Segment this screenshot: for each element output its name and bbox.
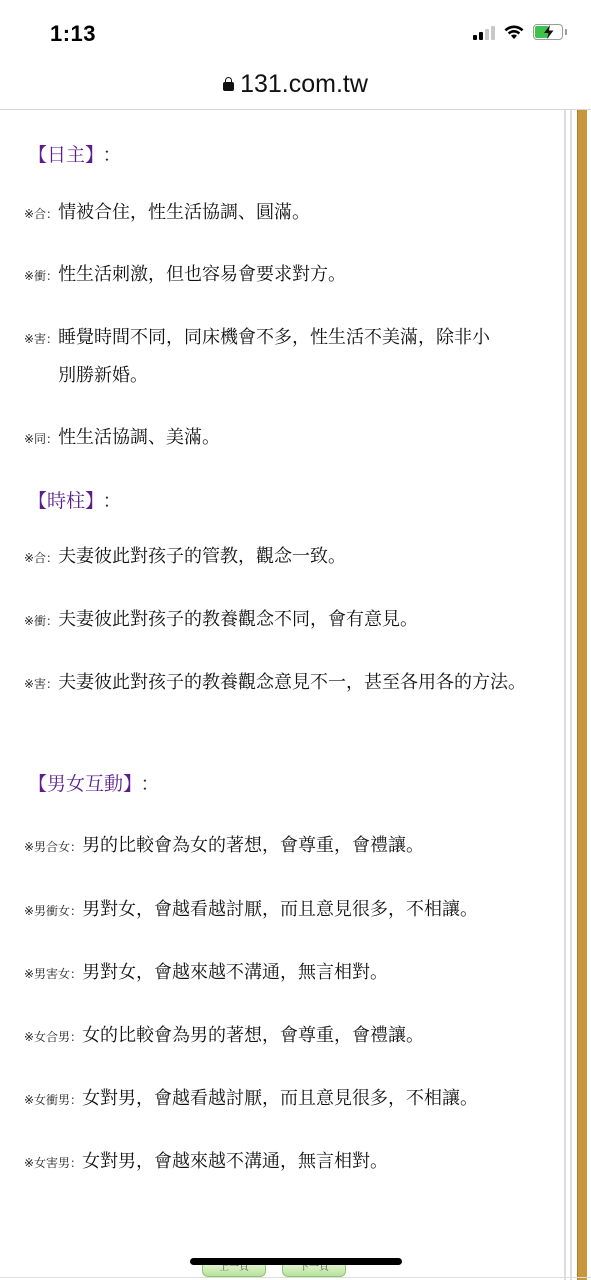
entry-label: ※合： bbox=[24, 203, 58, 232]
entry-label: ※衝： bbox=[24, 265, 58, 294]
entry-text: 女對男，會越看越討厭，而且意見很多，不相讓。 bbox=[82, 1080, 478, 1118]
entry-nan-he-nv: ※男合女： 男的比較會為女的著想，會尊重，會禮讓。 bbox=[24, 836, 544, 865]
entry-label: ※衝： bbox=[24, 610, 58, 639]
entry-text: 性生活協調、美滿。 bbox=[58, 419, 220, 457]
section-title-rizhu: 【日主】： bbox=[28, 140, 122, 167]
entry-label: ※女害男： bbox=[24, 1152, 82, 1181]
entry-label: ※同： bbox=[24, 428, 58, 457]
entry-nan-hai-nv: ※男害女： 男對女，會越來越不溝通，無言相對。 bbox=[24, 963, 544, 992]
entry-shizhu-chong: ※衝： 夫妻彼此對孩子的教養觀念不同，會有意見。 bbox=[24, 610, 544, 639]
entry-shizhu-hai: ※害： 夫妻彼此對孩子的教養觀念意見不一，甚至各用各的方法。 bbox=[24, 673, 544, 702]
entry-text: 性生活刺激，但也容易會要求對方。 bbox=[58, 256, 346, 294]
entry-label: ※男合女： bbox=[24, 836, 82, 865]
entry-text: 睡覺時間不同，同床機會不多，性生活不美滿，除非小別勝新婚。 bbox=[58, 319, 503, 395]
cellular-signal-icon bbox=[473, 24, 495, 40]
entry-text: 女的比較會為男的著想，會尊重，會禮讓。 bbox=[82, 1017, 424, 1055]
entry-label: ※合： bbox=[24, 547, 58, 576]
status-bar: 1:13 bbox=[0, 0, 591, 62]
entry-text: 夫妻彼此對孩子的教養觀念不同，會有意見。 bbox=[58, 601, 418, 639]
entry-nan-chong-nv: ※男衝女： 男對女，會越看越討厭，而且意見很多，不相讓。 bbox=[24, 900, 544, 929]
section-title-colon: ： bbox=[141, 773, 160, 795]
entry-text: 女對男，會越來越不溝通，無言相對。 bbox=[82, 1143, 388, 1181]
entry-nv-hai-nan: ※女害男： 女對男，會越來越不溝通，無言相對。 bbox=[24, 1152, 544, 1181]
url-divider bbox=[0, 109, 591, 110]
entry-label: ※男衝女： bbox=[24, 900, 82, 929]
battery-cap bbox=[565, 29, 567, 35]
entry-text: 男的比較會為女的著想，會尊重，會禮讓。 bbox=[82, 827, 424, 865]
section-title-text: 【時柱】 bbox=[28, 490, 95, 512]
battery-charging-icon bbox=[533, 24, 563, 40]
entry-text: 夫妻彼此對孩子的教養觀念意見不一，甚至各用各的方法。 bbox=[58, 664, 528, 702]
entry-rizhu-hai: ※害： 睡覺時間不同，同床機會不多，性生活不美滿，除非小別勝新婚。 bbox=[24, 328, 544, 395]
entry-text: 夫妻彼此對孩子的管教，觀念一致。 bbox=[58, 538, 346, 576]
page-frame-border bbox=[561, 110, 591, 1280]
next-page-button[interactable]: 下一頁 bbox=[282, 1263, 346, 1277]
entry-nv-chong-nan: ※女衝男： 女對男，會越看越討厭，而且意見很多，不相讓。 bbox=[24, 1089, 544, 1118]
status-icons bbox=[473, 24, 567, 40]
section-title-colon: ： bbox=[103, 490, 122, 512]
entry-label: ※男害女： bbox=[24, 963, 82, 992]
entry-label: ※害： bbox=[24, 328, 58, 395]
entry-label: ※女合男： bbox=[24, 1026, 82, 1055]
section-title-shizhu: 【時柱】： bbox=[28, 486, 122, 513]
lock-icon bbox=[223, 77, 234, 91]
section-title-text: 【日主】 bbox=[28, 144, 95, 166]
section-title-text: 【男女互動】 bbox=[28, 773, 133, 795]
entry-rizhu-he: ※合： 情被合住，性生活協調、圓滿。 bbox=[24, 203, 544, 232]
entry-rizhu-tong: ※同： 性生活協調、美滿。 bbox=[24, 428, 544, 457]
url-domain[interactable]: 131.com.tw bbox=[240, 70, 368, 99]
entry-label: ※女衝男： bbox=[24, 1089, 82, 1118]
wifi-icon bbox=[503, 24, 525, 40]
entry-rizhu-chong: ※衝： 性生活刺激，但也容易會要求對方。 bbox=[24, 265, 544, 294]
entry-nv-he-nan: ※女合男： 女的比較會為男的著想，會尊重，會禮讓。 bbox=[24, 1026, 544, 1055]
entry-text: 情被合住，性生活協調、圓滿。 bbox=[58, 194, 310, 232]
section-title-nannv: 【男女互動】： bbox=[28, 769, 160, 796]
entry-label: ※害： bbox=[24, 673, 58, 702]
entry-text: 男對女，會越看越討厭，而且意見很多，不相讓。 bbox=[82, 891, 478, 929]
prev-page-button[interactable]: 上一頁 bbox=[202, 1263, 266, 1277]
url-bar[interactable]: 131.com.tw bbox=[0, 62, 591, 110]
home-indicator[interactable] bbox=[190, 1258, 402, 1265]
entry-shizhu-he: ※合： 夫妻彼此對孩子的管教，觀念一致。 bbox=[24, 547, 544, 576]
bottom-divider bbox=[0, 1277, 591, 1278]
entry-text: 男對女，會越來越不溝通，無言相對。 bbox=[82, 954, 388, 992]
section-title-colon: ： bbox=[103, 144, 122, 166]
status-time: 1:13 bbox=[50, 21, 96, 47]
